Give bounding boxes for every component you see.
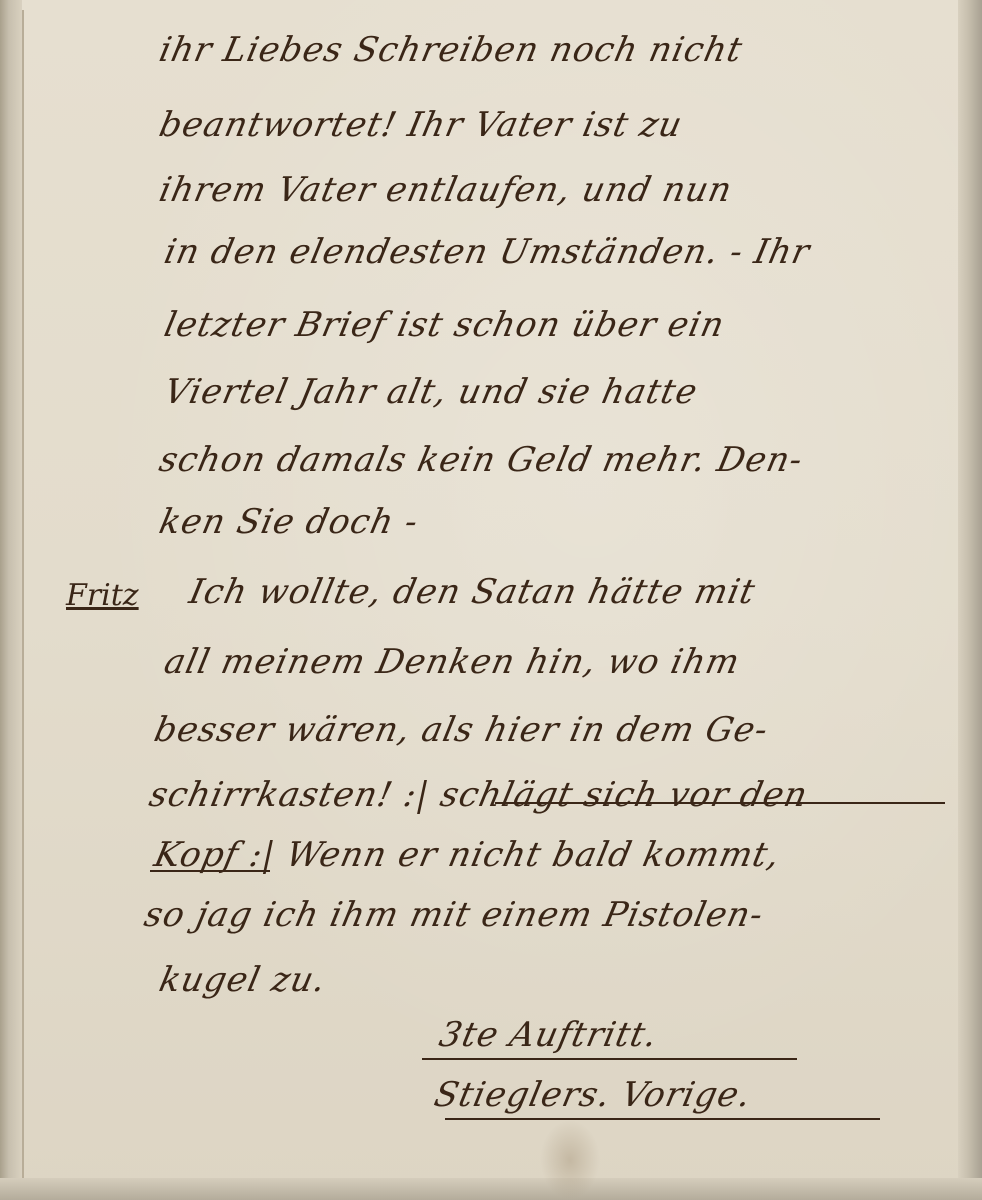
page-left-edge xyxy=(0,0,22,1200)
text-line-9: Ich wollte, den Satan hätte mit xyxy=(186,572,759,612)
page-right-edge xyxy=(958,0,982,1200)
speaker-name: Fritz xyxy=(66,578,139,613)
text-line-13: Kopf :| Wenn er nicht bald kommt, xyxy=(151,835,784,875)
stage-direction-underline xyxy=(495,802,945,804)
text-line-14: so jag ich ihm mit einem Pistolen- xyxy=(141,895,767,935)
text-line-7: schon damals kein Geld mehr. Den- xyxy=(156,440,807,480)
manuscript-page: ihr Liebes Schreiben noch nicht beantwor… xyxy=(0,0,982,1200)
text-line-6: Viertel Jahr alt, und sie hatte xyxy=(161,372,702,412)
text-line-2: beantwortet! Ihr Vater ist zu xyxy=(156,105,687,145)
page-fold-line xyxy=(22,10,24,1190)
text-line-12: schirrkasten! :| schlägt sich vor den xyxy=(146,775,812,815)
text-line-5: letzter Brief ist schon über ein xyxy=(161,305,729,345)
page-bottom-edge xyxy=(0,1178,982,1200)
text-line-11: besser wären, als hier in dem Ge- xyxy=(151,710,772,750)
scene-characters: Stieglers. Vorige. xyxy=(431,1075,755,1115)
paper-stain xyxy=(540,1120,600,1200)
scene-characters-underline xyxy=(445,1118,880,1120)
stage-direction-underline-2 xyxy=(150,870,270,872)
scene-heading-underline xyxy=(422,1058,797,1060)
text-line-8: ken Sie doch - xyxy=(156,502,423,542)
text-line-1: ihr Liebes Schreiben noch nicht xyxy=(156,30,747,70)
text-line-15: kugel zu. xyxy=(156,960,330,1000)
text-line-3: ihrem Vater entlaufen, und nun xyxy=(156,170,736,210)
text-line-10: all meinem Denken hin, wo ihm xyxy=(161,642,744,682)
scene-heading: 3te Auftritt. xyxy=(436,1015,662,1055)
text-line-4: in den elendesten Umständen. - Ihr xyxy=(161,232,814,272)
